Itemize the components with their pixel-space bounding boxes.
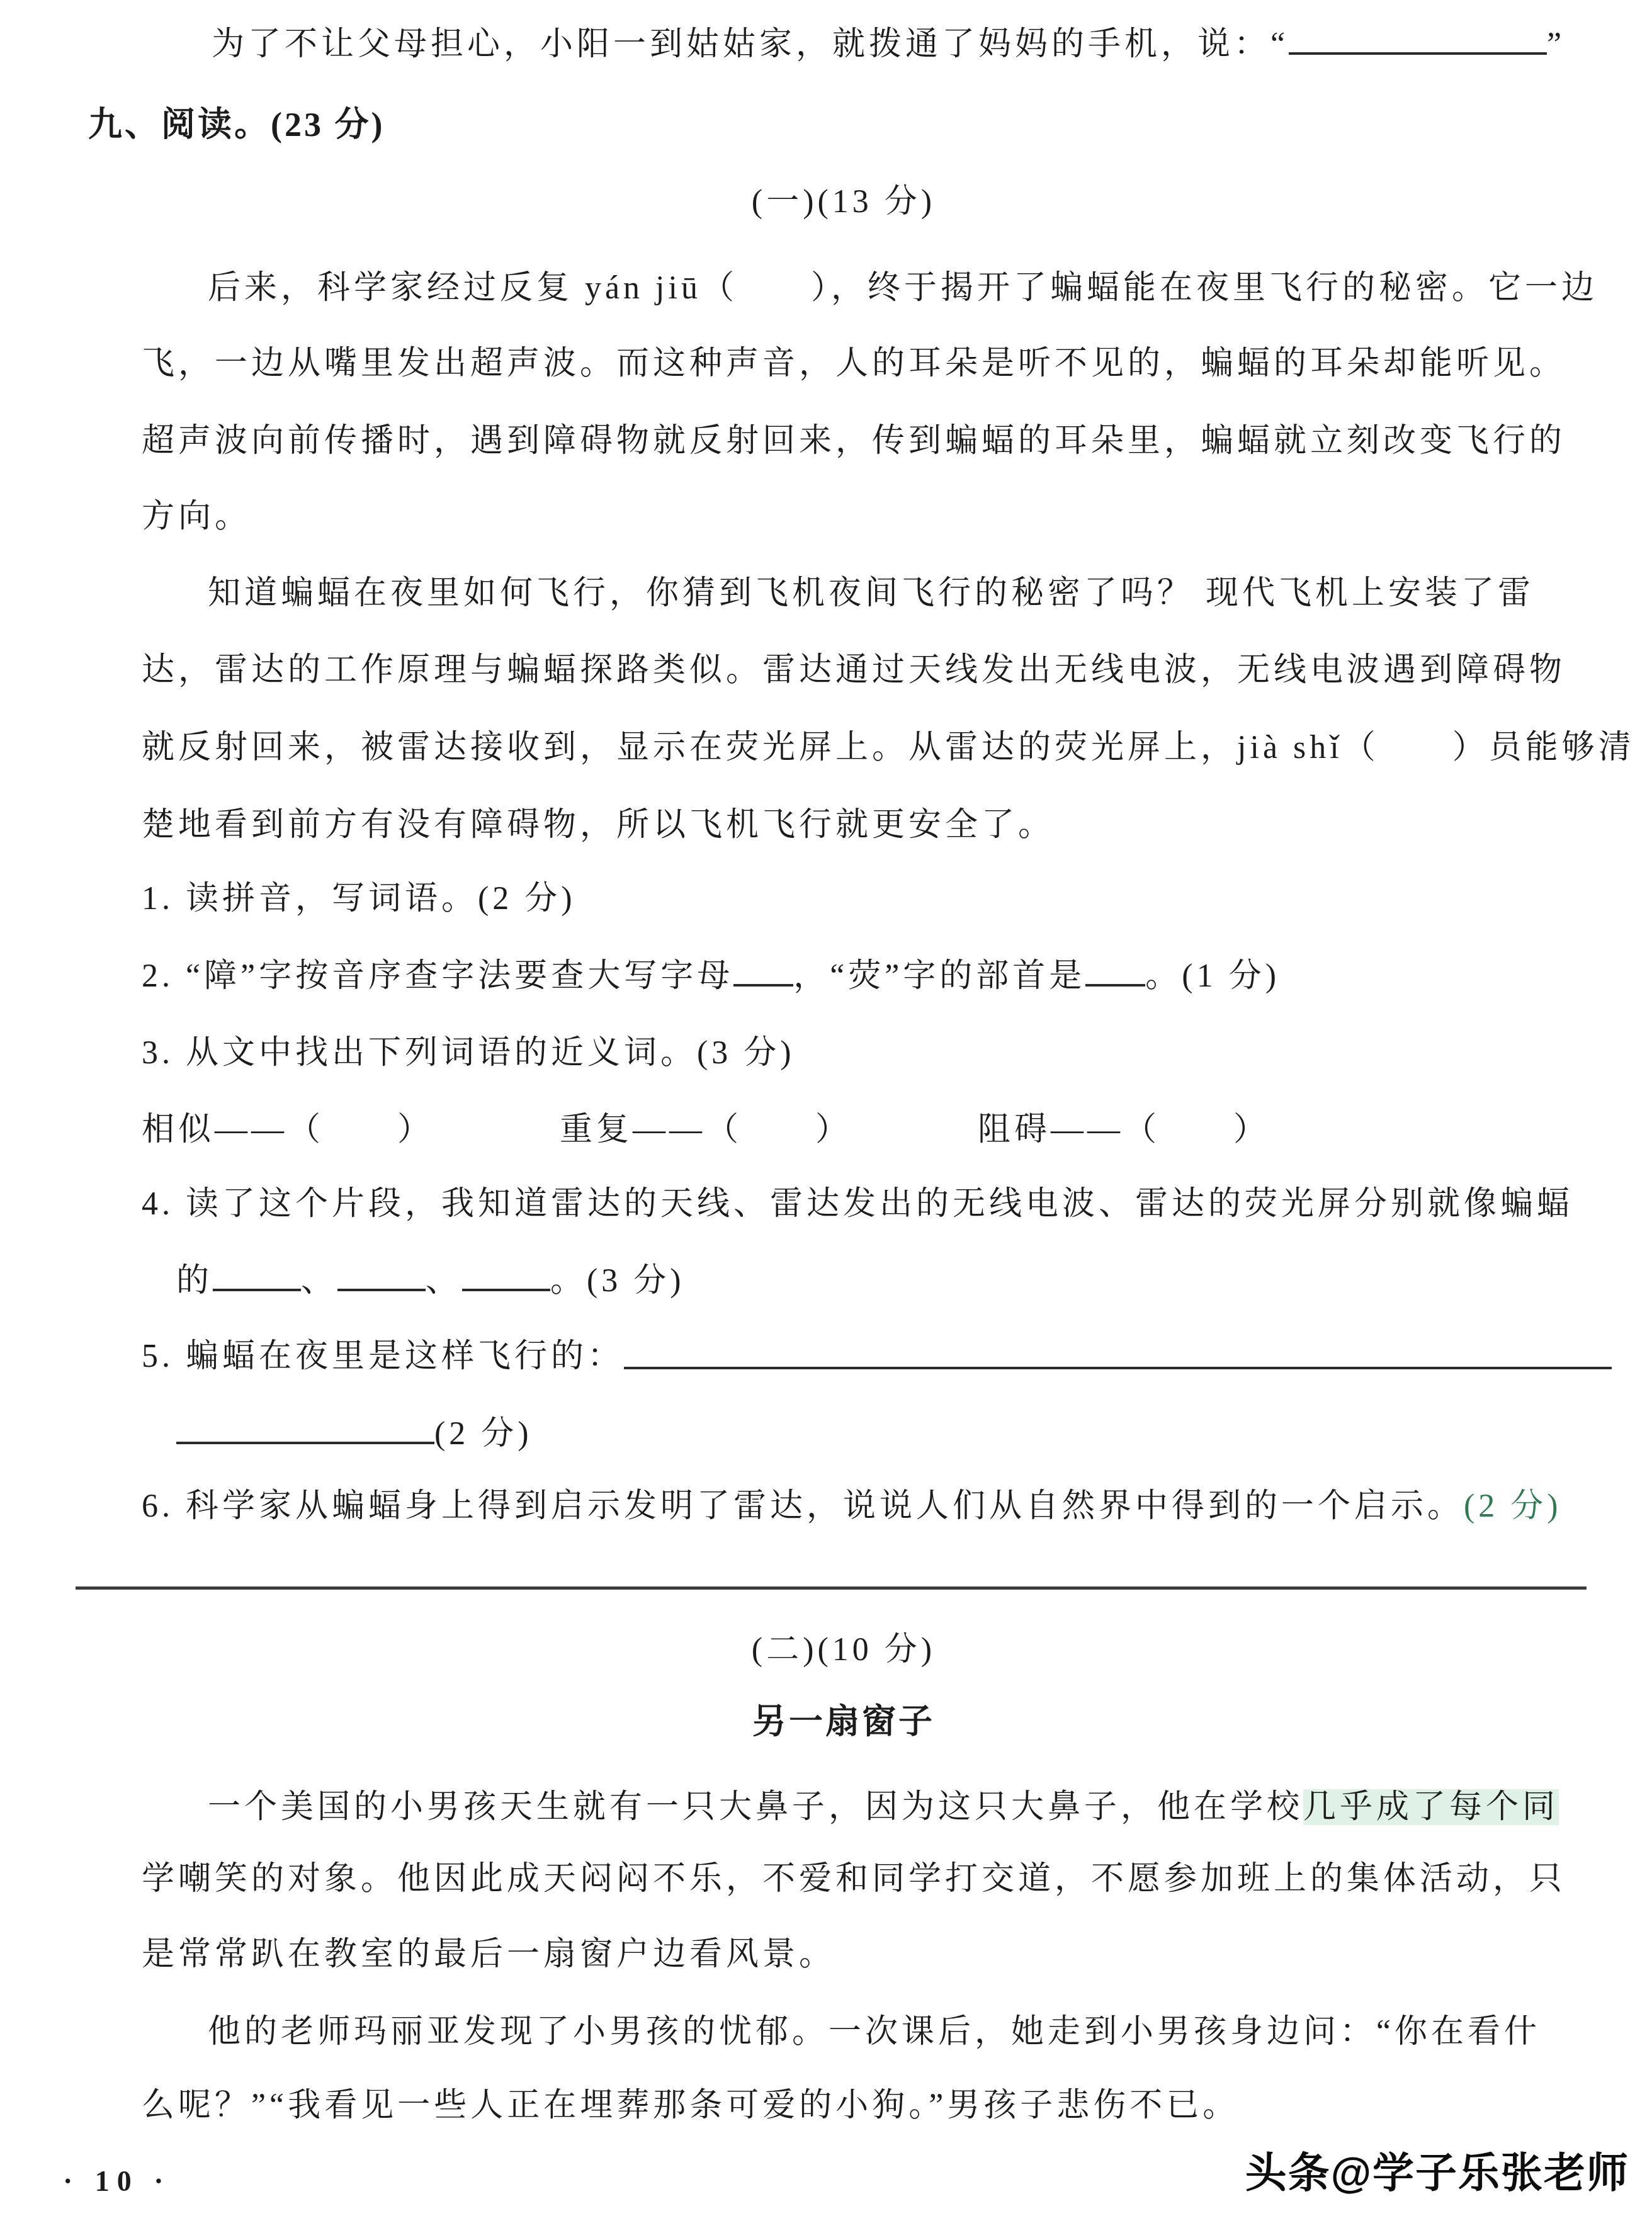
synonym-row: 相似——（ ） 重复——（ ） 阻碍——（ ） [142,1109,1270,1150]
passage1-p2-line4: 楚地看到前方有没有障碍物，所以飞机飞行就更安全了。 [142,805,1055,845]
intro-line-close-quote: ” [1547,26,1565,62]
passage2-p1-line2: 学嘲笑的对象。他因此成天闷闷不乐，不爱和同学打交道，不愿参加班上的集体活动，只 [142,1858,1566,1899]
question-6-score: (2 分) [1464,1488,1562,1524]
question-5-score: (2 分) [434,1416,533,1452]
question-4-sep-2: 、 [426,1263,462,1299]
question-6-text: 6. 科学家从蝙蝠身上得到启示发明了雷达，说说人们从自然界中得到的一个启示。 [142,1488,1464,1524]
question-2-blank-2 [1085,976,1145,987]
question-5-text: 5. 蝙蝠在夜里是这样飞行的： [142,1336,624,1377]
question-4-line1: 4. 读了这个片段，我知道雷达的天线、雷达发出的无线电波、雷达的荧光屏分别就像蝙… [142,1184,1573,1224]
question-5-answer-line-1 [624,1367,1612,1369]
question-5-answer-line-2 [176,1434,434,1444]
passage1-p1-line3: 超声波向前传播时，遇到障碍物就反射回来，传到蝙蝠的耳朵里，蝙蝠就立刻改变飞行的 [142,421,1566,461]
question-4-pre: 的 [176,1263,213,1299]
watermark: 头条@学子乐张老师 [1245,2139,1629,2199]
question-4-line2: 的、、。(3 分) [176,1260,685,1301]
passage2-p1-line1-text: 一个美国的小男孩天生就有一只大鼻子，因为这只大鼻子，他在学校 [208,1789,1303,1825]
exam-page: 为了不让父母担心，小阳一到姑姑家，就拨通了妈妈的手机，说：“” 九、阅读。(23… [0,0,1652,2228]
intro-line: 为了不让父母担心，小阳一到姑姑家，就拨通了妈妈的手机，说：“” [212,24,1565,65]
synonym-item-1: 相似——（ ） [142,1109,434,1150]
passage1-p1-line4: 方向。 [142,496,251,537]
question-2-blank-1 [733,976,793,987]
question-2-text-b: ，“荧”字的部首是 [793,958,1085,994]
question-6-answer-line [76,1586,1587,1590]
question-4-blank-3 [462,1281,550,1291]
synonym-item-3: 阻碍——（ ） [978,1109,1270,1150]
synonym-item-2: 重复——（ ） [560,1109,852,1150]
passage2-p2-line2: 么呢？”“我看见一些人正在埋葬那条可爱的小狗。”男孩子悲伤不已。 [142,2085,1239,2126]
page-number: · 10 · [63,2164,171,2198]
question-4-end: 。(3 分) [550,1263,685,1299]
passage1-p1-line1: 后来，科学家经过反复 yán jiū（ ），终于揭开了蝙蝠能在夜里飞行的秘密。它… [208,268,1598,308]
intro-answer-blank [1289,45,1547,55]
question-2-text-a: 2. “障”字按音序查字法要查大写字母 [142,958,733,994]
passage1-p2-line2: 达，雷达的工作原理与蝙蝠探路类似。雷达通过天线发出无线电波，无线电波遇到障碍物 [142,650,1566,691]
question-5-line1: 5. 蝙蝠在夜里是这样飞行的： [142,1336,1612,1377]
part1-header: (一)(13 分) [76,181,1612,222]
passage2-p2-line1: 他的老师玛丽亚发现了小男孩的忧郁。一次课后，她走到小男孩身边问：“你在看什 [208,2011,1541,2052]
passage2-p1-line1: 一个美国的小男孩天生就有一只大鼻子，因为这只大鼻子，他在学校几乎成了每个同 [208,1787,1559,1828]
question-2-text-c: 。(1 分) [1145,958,1280,994]
question-4-blank-2 [337,1281,426,1291]
question-1: 1. 读拼音，写词语。(2 分) [142,878,576,919]
question-4-sep-1: 、 [301,1263,337,1299]
question-3: 3. 从文中找出下列词语的近义词。(3 分) [142,1032,795,1073]
passage1-p2-line1: 知道蝙蝠在夜里如何飞行，你猜到飞机夜间飞行的秘密了吗？ 现代飞机上安装了雷 [208,573,1534,614]
question-6: 6. 科学家从蝙蝠身上得到启示发明了雷达，说说人们从自然界中得到的一个启示。(2… [142,1486,1562,1527]
part2-header: (二)(10 分) [76,1629,1612,1670]
question-5-line2: (2 分) [176,1413,533,1454]
question-2: 2. “障”字按音序查字法要查大写字母，“荧”字的部首是。(1 分) [142,956,1280,997]
passage1-p1-line2: 飞，一边从嘴里发出超声波。而这种声音，人的耳朵是听不见的，蝙蝠的耳朵却能听见。 [142,343,1566,384]
intro-line-text: 为了不让父母担心，小阳一到姑姑家，就拨通了妈妈的手机，说：“ [212,26,1289,62]
passage2-p1-line1-highlight: 几乎成了每个同 [1303,1789,1559,1825]
passage2-p1-line3: 是常常趴在教室的最后一扇窗户边看风景。 [142,1934,835,1975]
passage2-title: 另一扇窗子 [76,1701,1612,1744]
question-4-blank-1 [213,1281,301,1291]
section-9-heading: 九、阅读。(23 分) [88,104,385,147]
passage1-p2-line3: 就反射回来，被雷达接收到，显示在荧光屏上。从雷达的荧光屏上，jià shǐ（ ）… [142,727,1635,768]
